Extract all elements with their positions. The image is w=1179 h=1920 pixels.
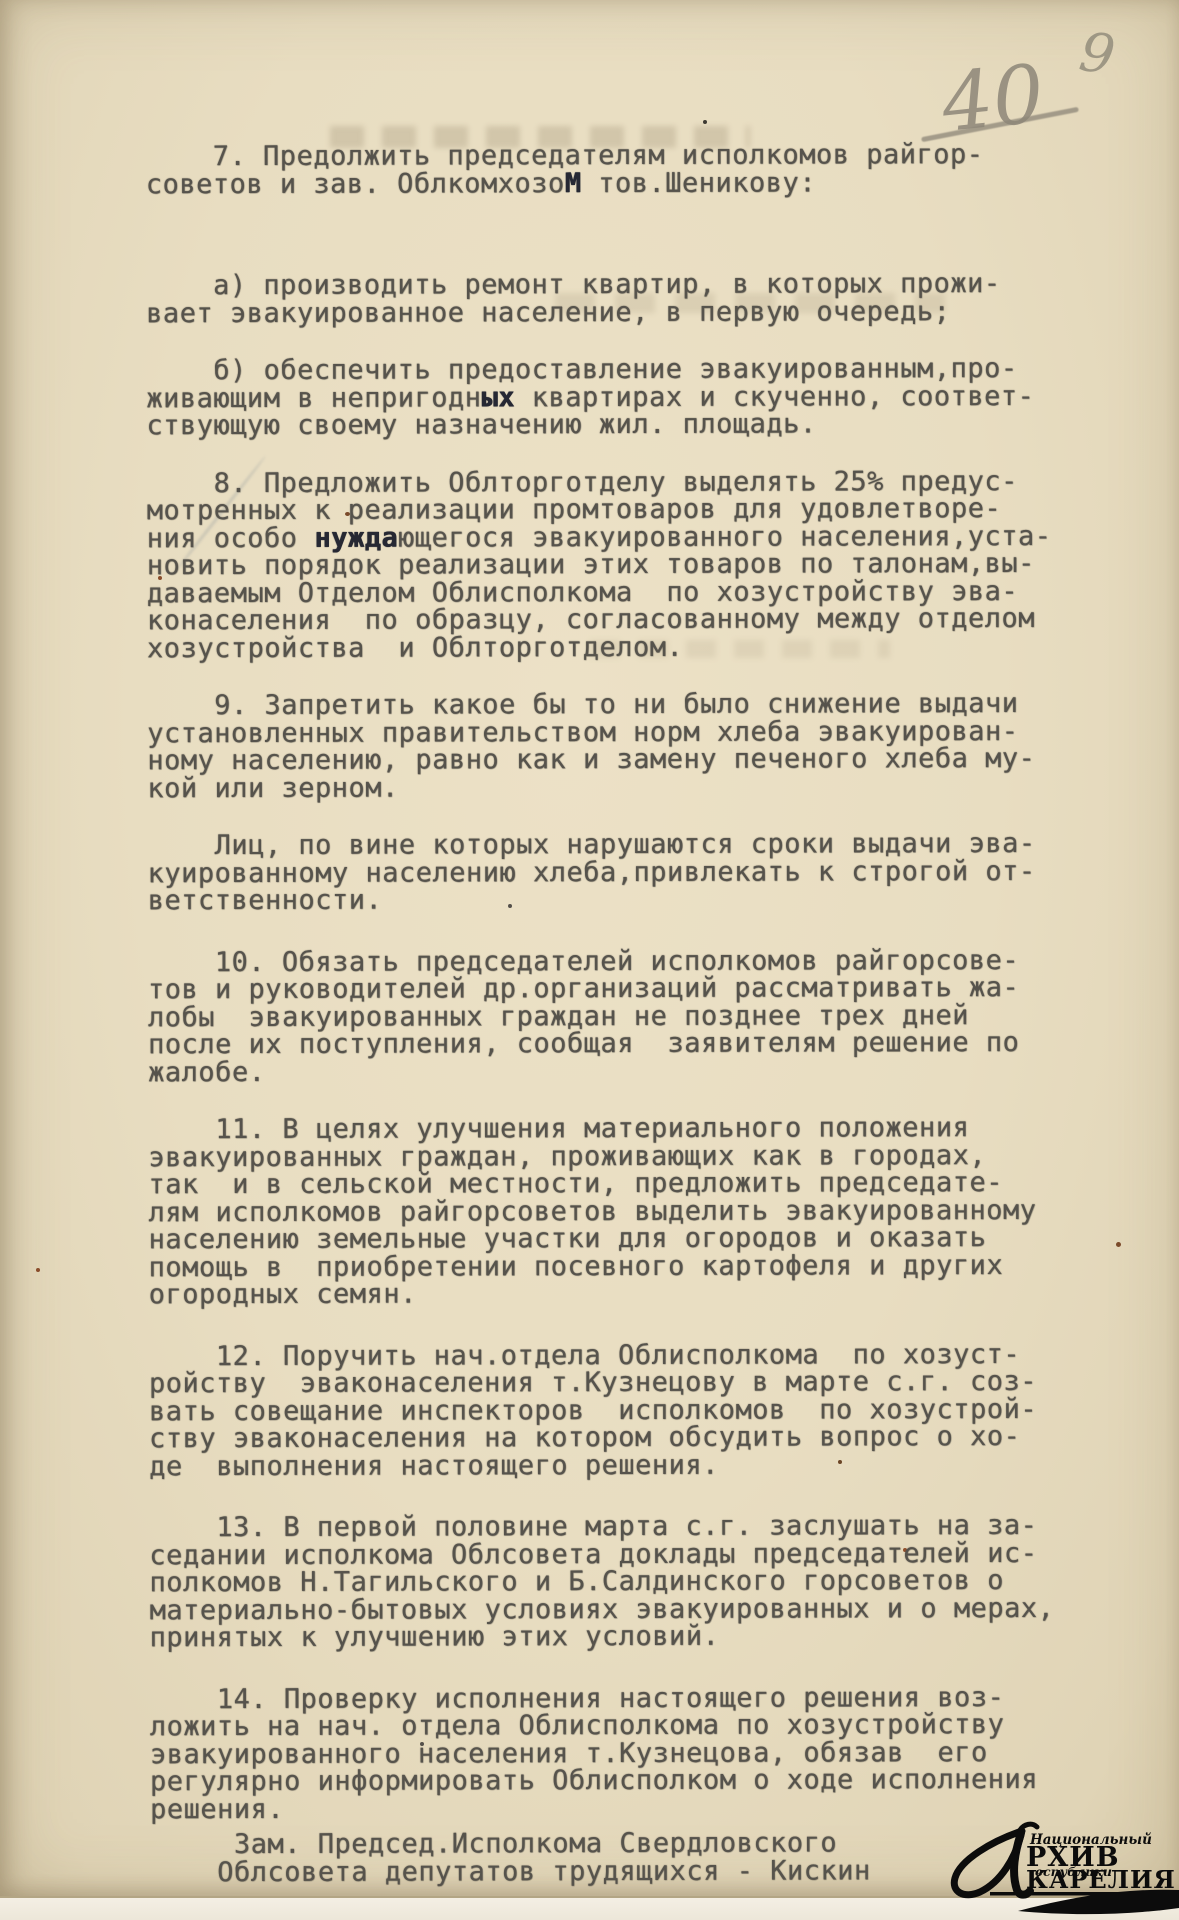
overtyped-correction: ых xyxy=(481,382,515,413)
archive-stamp: Национальный РХИВ еспублики КАРЕЛИЯ xyxy=(768,1818,1179,1920)
paragraph: 12. Поручить нач.отдела Облисполкома по … xyxy=(149,1340,1109,1480)
paragraph: а) производить ремонт квартир, в которых… xyxy=(146,270,1106,328)
text-line: ству эваконаселения на котором обсудить … xyxy=(149,1423,1109,1453)
paragraph: 13. В первой половине марта с.г. заслуша… xyxy=(149,1512,1109,1652)
text-line: де выполнения настоящего решения. xyxy=(149,1450,1109,1480)
paragraph: б) обеспечить предоставление эвакуирован… xyxy=(146,355,1106,440)
handwritten-page-number: 9 xyxy=(1075,20,1119,88)
archive-logo-letter-icon xyxy=(954,1824,1037,1895)
paragraph: 7. Предолжить председателям исполкомов р… xyxy=(146,141,1106,199)
document-page: 40 9 7. Предолжить председателям исполко… xyxy=(0,0,1179,1896)
overtyped-correction: М xyxy=(565,168,582,199)
text-line: а) производить ремонт квартир, в которых… xyxy=(146,270,1106,300)
text-line: живающим в непригодных квартирах и скуче… xyxy=(146,382,1106,412)
text-line: ному населению, равно как и замену печен… xyxy=(147,745,1107,775)
text-line: материально-бытовых условиях эвакуирован… xyxy=(150,1594,1110,1624)
paper-speck xyxy=(703,120,707,124)
text-line: куированному населению хлеба,привлекать … xyxy=(148,857,1108,887)
paragraph: 9. Запретить какое бы то ни было снижени… xyxy=(147,690,1107,803)
text-line: ветственности. xyxy=(148,885,1108,915)
typed-body: 7. Предолжить председателям исполкомов р… xyxy=(146,141,1110,1824)
paper-speck xyxy=(36,1268,40,1272)
stamp-line-4: КАРЕЛИЯ xyxy=(1026,1865,1176,1894)
text-line: конаселения по образцу, согласованному м… xyxy=(147,605,1107,635)
text-line: ствующую своему назначению жил. площадь. xyxy=(146,410,1106,440)
text-line: хозустройства и Облторготделом. xyxy=(147,632,1107,662)
paper-speck xyxy=(1116,1242,1121,1247)
text-line: советов и зав. ОблкомхозоМ тов.Шеникову: xyxy=(146,168,1106,198)
paragraph: 14. Проверку исполнения настоящего решен… xyxy=(150,1683,1110,1823)
text-line: кой или зерном. xyxy=(147,772,1107,802)
text-line: регулярно информировать Облисполком о хо… xyxy=(150,1766,1110,1796)
text-line: огородных семян. xyxy=(149,1279,1109,1309)
text-line: принятых к улучшению этих условий. xyxy=(150,1622,1110,1652)
text-line: помощь в приобретении посевного картофел… xyxy=(149,1251,1109,1281)
text-line: 7. Предолжить председателям исполкомов р… xyxy=(146,141,1106,171)
text-line: жалобе. xyxy=(148,1056,1108,1086)
paragraph: Лиц, по вине которых нарушаются сроки вы… xyxy=(148,830,1108,915)
typed-text-column: 7. Предолжить председателям исполкомов р… xyxy=(146,141,1111,1895)
paragraph: 11. В целях улучшения материального поло… xyxy=(148,1114,1109,1309)
text-line: вает эвакуированное население, в первую … xyxy=(146,297,1106,327)
paragraph: 8. Предложить Облторготделу выделять 25%… xyxy=(147,467,1108,662)
overtyped-correction: нужда xyxy=(314,522,398,553)
text-line: после их поступления, сообщая заявителям… xyxy=(148,1029,1108,1059)
paragraph: 10. Обязать председателей исполкомов рай… xyxy=(148,946,1108,1086)
